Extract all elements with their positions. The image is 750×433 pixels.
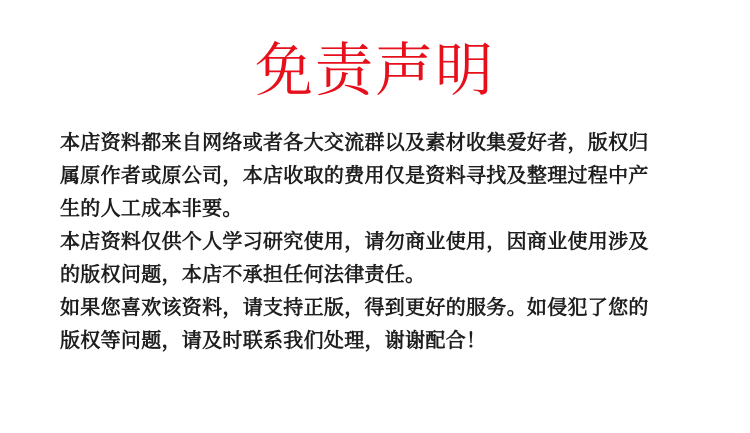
disclaimer-line: 的版权问题，本店不承担任何法律责任。 xyxy=(60,258,700,291)
disclaimer-line: 本店资料都来自网络或者各大交流群以及素材收集爱好者，版权归 xyxy=(60,126,700,159)
disclaimer-line: 本店资料仅供个人学习研究使用，请勿商业使用，因商业使用涉及 xyxy=(60,225,700,258)
disclaimer-line: 版权等问题，请及时联系我们处理，谢谢配合！ xyxy=(60,324,700,357)
page-title: 免责声明 xyxy=(0,28,750,112)
disclaimer-line: 生的人工成本非要。 xyxy=(60,192,700,225)
disclaimer-body: 本店资料都来自网络或者各大交流群以及素材收集爱好者，版权归 属原作者或原公司，本… xyxy=(60,126,700,357)
disclaimer-line: 如果您喜欢该资料，请支持正版，得到更好的服务。如侵犯了您的 xyxy=(60,291,700,324)
disclaimer-line: 属原作者或原公司，本店收取的费用仅是资料寻找及整理过程中产 xyxy=(60,159,700,192)
